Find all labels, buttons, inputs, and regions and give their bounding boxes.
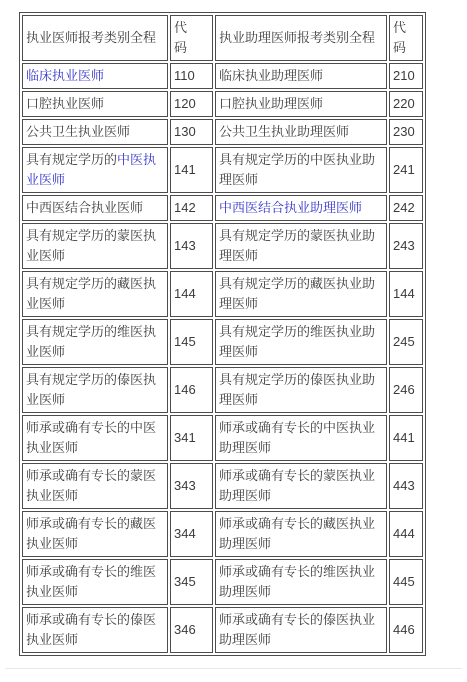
physician-code-cell: 130 [170,119,213,145]
table-row: 临床执业医师110临床执业助理医师210 [22,63,423,89]
physician-category-cell: 师承或确有专长的傣医执业医师 [22,607,168,653]
physician-category-cell: 师承或确有专长的中医执业医师 [22,415,168,461]
assistant-category-cell: 具有规定学历的蒙医执业助理医师 [215,223,387,269]
assistant-code-cell: 220 [389,91,423,117]
table-row: 师承或确有专长的维医执业医师345师承或确有专长的维医执业助理医师445 [22,559,423,605]
category-text: 师承或确有专长的中医执业助理医师 [219,420,375,455]
category-text: 具有规定学历的藏医执业医师 [26,276,156,311]
category-text: 师承或确有专长的蒙医执业医师 [26,468,156,503]
category-text: 中西医结合执业医师 [26,200,143,215]
assistant-code-cell: 210 [389,63,423,89]
category-text: 师承或确有专长的傣医执业医师 [26,612,156,647]
assistant-category-cell: 中西医结合执业助理医师 [215,195,387,221]
table-row: 具有规定学历的蒙医执业医师143具有规定学历的蒙医执业助理医师243 [22,223,423,269]
category-text: 公共卫生执业医师 [26,124,130,139]
assistant-code-cell: 446 [389,607,423,653]
assistant-category-cell: 口腔执业助理医师 [215,91,387,117]
physician-category-cell: 口腔执业医师 [22,91,168,117]
physician-category-cell: 公共卫生执业医师 [22,119,168,145]
category-text: 师承或确有专长的维医执业医师 [26,564,156,599]
column-header-physician-code: 代码 [170,15,213,61]
table-row: 师承或确有专长的中医执业医师341师承或确有专长的中医执业助理医师441 [22,415,423,461]
physician-code-cell: 345 [170,559,213,605]
physician-code-cell: 142 [170,195,213,221]
physician-category-cell: 中西医结合执业医师 [22,195,168,221]
column-header-assistant-category: 执业助理医师报考类别全程 [215,15,387,61]
table-row: 口腔执业医师120口腔执业助理医师220 [22,91,423,117]
category-text: 临床执业助理医师 [219,68,323,83]
physician-category-cell: 师承或确有专长的藏医执业医师 [22,511,168,557]
category-text: 具有规定学历的傣医执业助理医师 [219,372,375,407]
category-text: 师承或确有专长的维医执业助理医师 [219,564,375,599]
physician-code-cell: 143 [170,223,213,269]
table-row: 具有规定学历的傣医执业医师146具有规定学历的傣医执业助理医师246 [22,367,423,413]
page: 执业医师报考类别全程 代码 执业助理医师报考类别全程 代码 临床执业医师110临… [0,0,467,682]
category-text: 具有规定学历的维医执业助理医师 [219,324,375,359]
table-row: 具有规定学历的中医执业医师141具有规定学历的中医执业助理医师241 [22,147,423,193]
category-text: 师承或确有专长的蒙医执业助理医师 [219,468,375,503]
table-row: 师承或确有专长的傣医执业医师346师承或确有专长的傣医执业助理医师446 [22,607,423,653]
physician-category-cell: 具有规定学历的中医执业医师 [22,147,168,193]
column-header-label: 执业医师报考类别全程 [26,30,156,45]
assistant-category-cell: 师承或确有专长的藏医执业助理医师 [215,511,387,557]
header-row: 执业医师报考类别全程 代码 执业助理医师报考类别全程 代码 [22,15,423,61]
physician-category-cell: 具有规定学历的蒙医执业医师 [22,223,168,269]
physician-code-cell: 141 [170,147,213,193]
category-text: 师承或确有专长的傣医执业助理医师 [219,612,375,647]
assistant-category-cell: 具有规定学历的藏医执业助理医师 [215,271,387,317]
table-row: 师承或确有专长的藏医执业医师344师承或确有专长的藏医执业助理医师444 [22,511,423,557]
assistant-category-cell: 师承或确有专长的维医执业助理医师 [215,559,387,605]
category-text: 具有规定学历的蒙医执业医师 [26,228,156,263]
physician-code-cell: 145 [170,319,213,365]
assistant-category-cell: 具有规定学历的傣医执业助理医师 [215,367,387,413]
assistant-category-cell: 公共卫生执业助理医师 [215,119,387,145]
category-text: 具有规定学历的藏医执业助理医师 [219,276,375,311]
assistant-code-cell: 443 [389,463,423,509]
physician-category-cell: 具有规定学历的维医执业医师 [22,319,168,365]
physician-code-cell: 344 [170,511,213,557]
assistant-category-cell: 具有规定学历的维医执业助理医师 [215,319,387,365]
assistant-category-cell: 师承或确有专长的蒙医执业助理医师 [215,463,387,509]
column-header-label: 执业助理医师报考类别全程 [219,30,375,45]
table-row: 公共卫生执业医师130公共卫生执业助理医师230 [22,119,423,145]
category-text: 师承或确有专长的中医执业医师 [26,420,156,455]
bottom-divider [5,668,462,669]
assistant-category-cell: 师承或确有专长的中医执业助理医师 [215,415,387,461]
physician-code-cell: 120 [170,91,213,117]
physician-category-cell: 师承或确有专长的蒙医执业医师 [22,463,168,509]
physician-category-cell: 具有规定学历的傣医执业医师 [22,367,168,413]
category-link[interactable]: 中西医结合执业助理医师 [219,200,362,215]
assistant-category-cell: 临床执业助理医师 [215,63,387,89]
assistant-code-cell: 245 [389,319,423,365]
category-text: 具有规定学历的蒙医执业助理医师 [219,228,375,263]
assistant-category-cell: 师承或确有专长的傣医执业助理医师 [215,607,387,653]
physician-category-cell: 具有规定学历的藏医执业医师 [22,271,168,317]
physician-code-cell: 146 [170,367,213,413]
column-header-label: 代码 [174,18,189,58]
assistant-code-cell: 242 [389,195,423,221]
column-header-assistant-code: 代码 [389,15,423,61]
assistant-category-cell: 具有规定学历的中医执业助理医师 [215,147,387,193]
column-header-physician-category: 执业医师报考类别全程 [22,15,168,61]
table-row: 具有规定学历的藏医执业医师144具有规定学历的藏医执业助理医师144 [22,271,423,317]
category-text: 公共卫生执业助理医师 [219,124,349,139]
physician-category-cell: 临床执业医师 [22,63,168,89]
category-link[interactable]: 临床执业医师 [26,68,104,83]
assistant-code-cell: 243 [389,223,423,269]
category-text: 具有规定学历的维医执业医师 [26,324,156,359]
table-row: 师承或确有专长的蒙医执业医师343师承或确有专长的蒙医执业助理医师443 [22,463,423,509]
column-header-label: 代码 [393,18,408,58]
assistant-code-cell: 144 [389,271,423,317]
table-row: 具有规定学历的维医执业医师145具有规定学历的维医执业助理医师245 [22,319,423,365]
assistant-code-cell: 441 [389,415,423,461]
assistant-code-cell: 241 [389,147,423,193]
assistant-code-cell: 444 [389,511,423,557]
category-text: 具有规定学历的中医执业助理医师 [219,152,375,187]
assistant-code-cell: 445 [389,559,423,605]
category-text: 口腔执业医师 [26,96,104,111]
category-text: 具有规定学历的傣医执业医师 [26,372,156,407]
physician-code-cell: 144 [170,271,213,317]
physician-code-cell: 341 [170,415,213,461]
physician-category-cell: 师承或确有专长的维医执业医师 [22,559,168,605]
table-row: 中西医结合执业医师142中西医结合执业助理医师242 [22,195,423,221]
physician-code-cell: 346 [170,607,213,653]
category-text: 师承或确有专长的藏医执业助理医师 [219,516,375,551]
physician-code-cell: 343 [170,463,213,509]
exam-category-table: 执业医师报考类别全程 代码 执业助理医师报考类别全程 代码 临床执业医师110临… [19,12,426,656]
assistant-code-cell: 246 [389,367,423,413]
category-text: 师承或确有专长的藏医执业医师 [26,516,156,551]
category-text: 具有规定学历的 [26,152,117,167]
assistant-code-cell: 230 [389,119,423,145]
physician-code-cell: 110 [170,63,213,89]
category-text: 口腔执业助理医师 [219,96,323,111]
